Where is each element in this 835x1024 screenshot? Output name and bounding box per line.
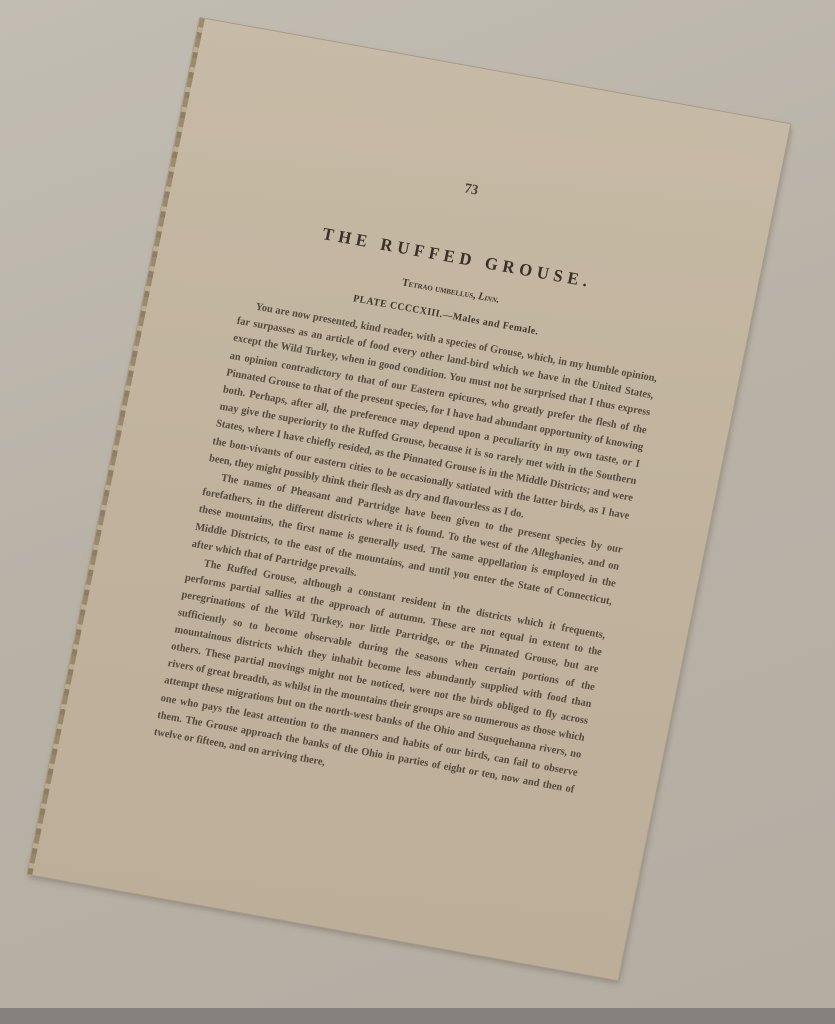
scientific-name: Tetrao umbellus [401, 277, 474, 301]
body-text: You are now presented, kind reader, with… [152, 296, 658, 816]
bottom-strip [0, 1008, 835, 1024]
authority: Linn. [477, 291, 500, 306]
